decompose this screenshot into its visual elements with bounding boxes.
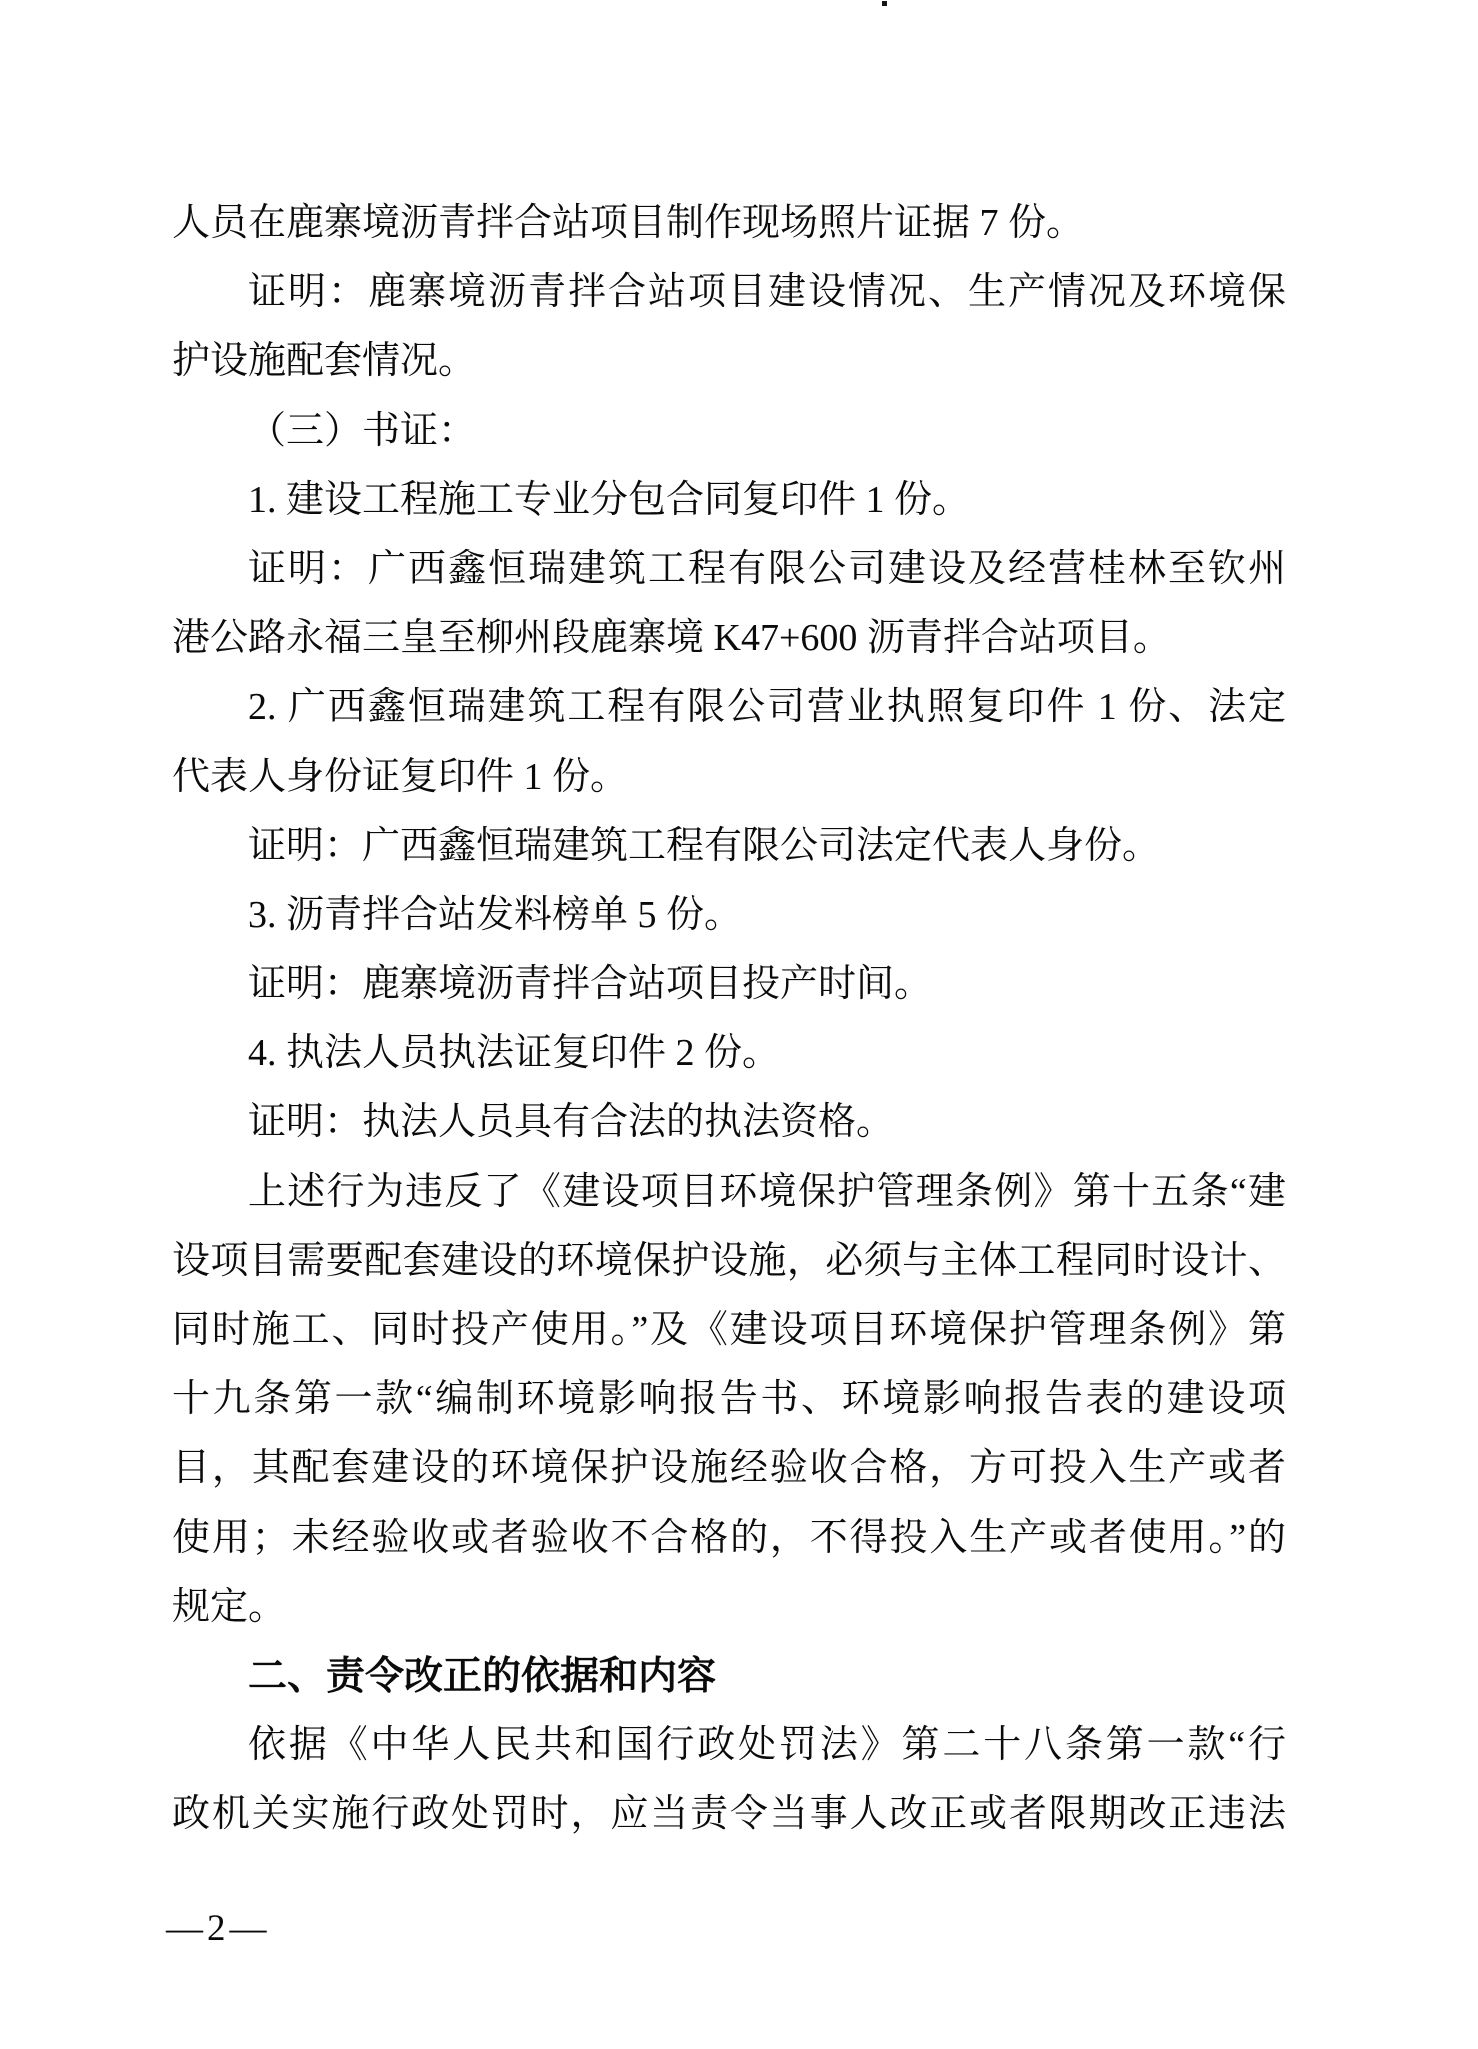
text-line: 港公路永福三皇至柳州段鹿寨境 K47+600 沥青拌合站项目。 — [172, 604, 1286, 673]
text-line: 依据《中华人民共和国行政处罚法》第二十八条第一款“行 — [172, 1711, 1286, 1780]
text-line: 1. 建设工程施工专业分包合同复印件 1 份。 — [172, 466, 1286, 535]
text-line: 使用；未经验收或者验收不合格的，不得投入生产或者使用。”的 — [172, 1504, 1286, 1573]
text-line: 证明：广西鑫恒瑞建筑工程有限公司建设及经营桂林至钦州 — [172, 535, 1286, 604]
text-line: 同时施工、同时投产使用。”及《建设项目环境保护管理条例》第 — [172, 1296, 1286, 1365]
text-line: 十九条第一款“编制环境影响报告书、环境影响报告表的建设项 — [172, 1365, 1286, 1434]
text-line: 人员在鹿寨境沥青拌合站项目制作现场照片证据 7 份。 — [172, 189, 1286, 258]
text-line: 3. 沥青拌合站发料榜单 5 份。 — [172, 881, 1286, 950]
text-line: 证明：鹿寨境沥青拌合站项目投产时间。 — [172, 950, 1286, 1019]
section-heading: 二、责令改正的依据和内容 — [172, 1642, 1286, 1711]
text-line: 规定。 — [172, 1573, 1286, 1642]
scan-speck-icon — [882, 1, 887, 6]
text-line: 证明：鹿寨境沥青拌合站项目建设情况、生产情况及环境保 — [172, 258, 1286, 327]
list-heading-shuzheng: （三）书证： — [172, 397, 1286, 466]
document-page: 人员在鹿寨境沥青拌合站项目制作现场照片证据 7 份。 证明：鹿寨境沥青拌合站项目… — [0, 0, 1478, 2049]
page-number: —2— — [166, 1907, 271, 1951]
text-line: 4. 执法人员执法证复印件 2 份。 — [172, 1019, 1286, 1088]
text-line: 政机关实施行政处罚时，应当责令当事人改正或者限期改正违法 — [172, 1780, 1286, 1849]
text-line: 证明：执法人员具有合法的执法资格。 — [172, 1088, 1286, 1157]
text-line: 目，其配套建设的环境保护设施经验收合格，方可投入生产或者 — [172, 1434, 1286, 1503]
document-body: 人员在鹿寨境沥青拌合站项目制作现场照片证据 7 份。 证明：鹿寨境沥青拌合站项目… — [172, 189, 1286, 1850]
text-line: 设项目需要配套建设的环境保护设施，必须与主体工程同时设计、 — [172, 1227, 1286, 1296]
text-line: 证明：广西鑫恒瑞建筑工程有限公司法定代表人身份。 — [172, 812, 1286, 881]
text-line: 代表人身份证复印件 1 份。 — [172, 743, 1286, 812]
text-line: 护设施配套情况。 — [172, 327, 1286, 396]
text-line: 上述行为违反了《建设项目环境保护管理条例》第十五条“建 — [172, 1158, 1286, 1227]
text-line: 2. 广西鑫恒瑞建筑工程有限公司营业执照复印件 1 份、法定 — [172, 673, 1286, 742]
